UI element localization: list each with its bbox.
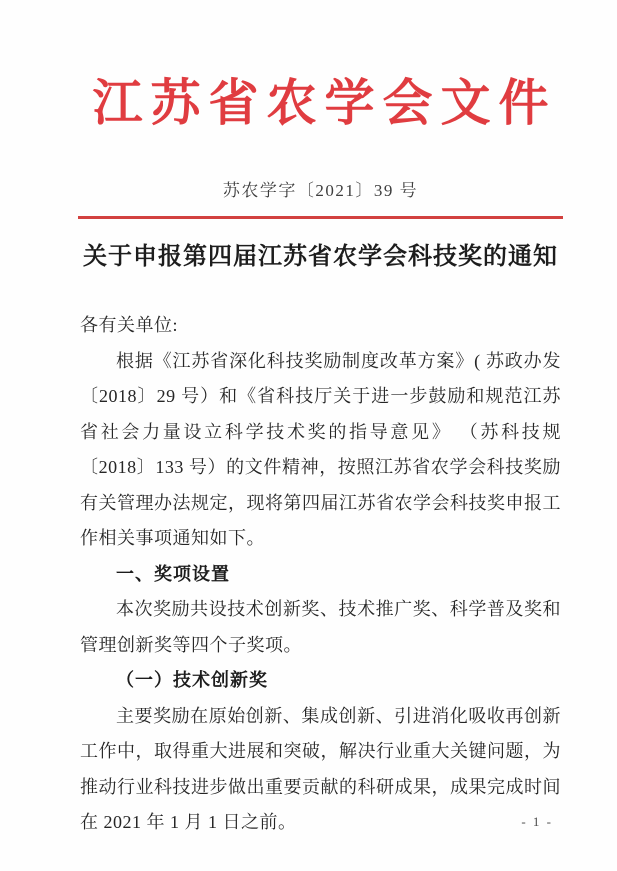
document-page: 江苏省农学会文件 苏农学字〔2021〕39 号 关于申报第四届江苏省农学会科技奖…	[0, 0, 617, 871]
section-heading-awards-setup: 一、奖项设置	[80, 557, 561, 593]
page-number: - 1 -	[521, 814, 553, 830]
red-divider-line	[78, 216, 563, 219]
paragraph-basis: 根据《江苏省深化科技奖励制度改革方案》( 苏政办发〔2018〕29 号）和《省科…	[80, 344, 561, 557]
salutation: 各有关单位:	[80, 308, 561, 344]
document-number: 苏农学字〔2021〕39 号	[80, 180, 561, 202]
subsection-heading-tech-innovation: （一）技术创新奖	[80, 663, 561, 699]
document-title: 关于申报第四届江苏省农学会科技奖的通知	[80, 241, 561, 274]
paragraph-tech-innovation: 主要奖励在原始创新、集成创新、引进消化吸收再创新工作中，取得重大进展和突破，解决…	[80, 699, 561, 841]
document-content: 江苏省农学会文件 苏农学字〔2021〕39 号 关于申报第四届江苏省农学会科技奖…	[80, 78, 561, 841]
letterhead-title: 江苏省农学会文件	[80, 78, 561, 128]
document-body: 各有关单位: 根据《江苏省深化科技奖励制度改革方案》( 苏政办发〔2018〕29…	[80, 308, 561, 841]
paragraph-awards-list: 本次奖励共设技术创新奖、技术推广奖、科学普及奖和管理创新奖等四个子奖项。	[80, 592, 561, 663]
